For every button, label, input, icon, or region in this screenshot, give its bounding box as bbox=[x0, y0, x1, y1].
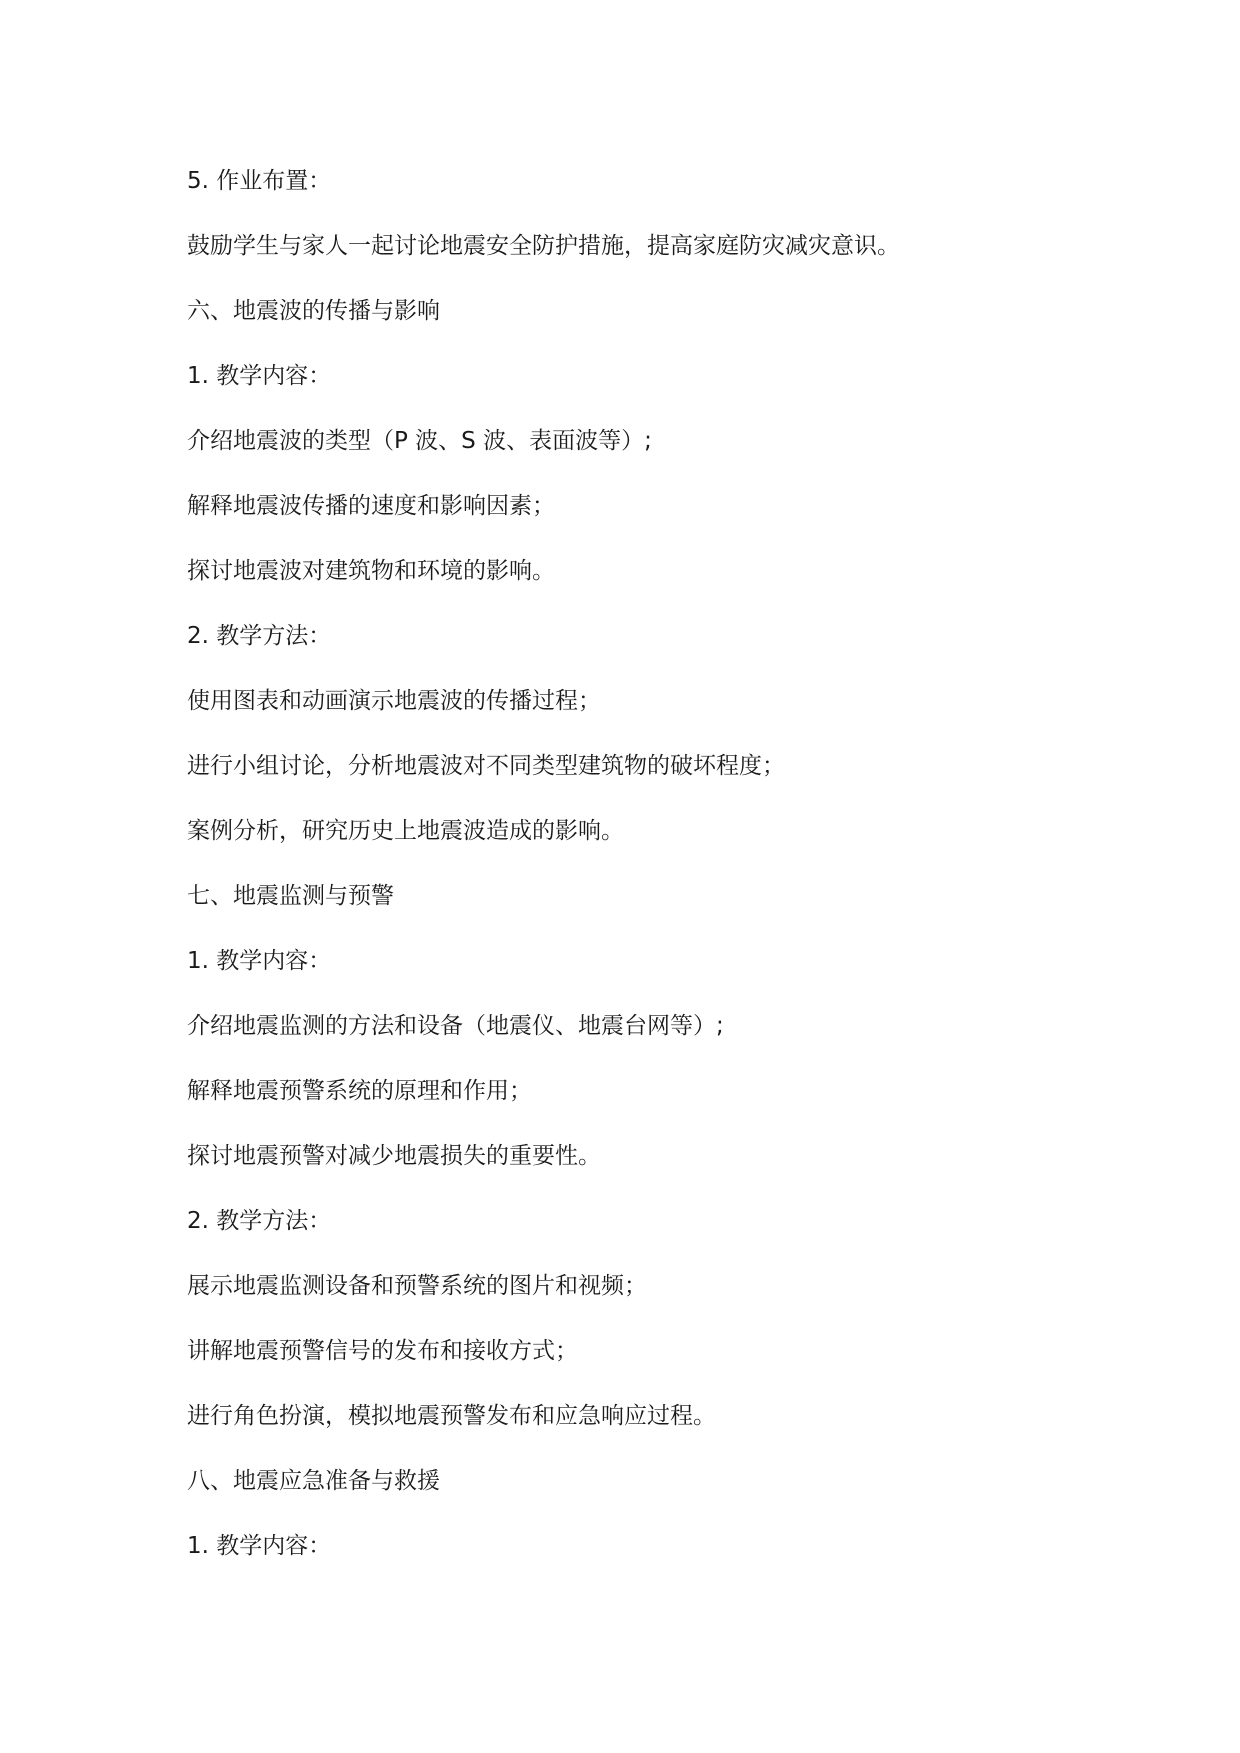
subheading-teaching-method: 2. 教学方法： bbox=[187, 621, 1067, 651]
paragraph: 进行角色扮演，模拟地震预警发布和应急响应过程。 bbox=[187, 1401, 1067, 1431]
paragraph: 讲解地震预警信号的发布和接收方式； bbox=[187, 1336, 1067, 1366]
paragraph: 解释地震波传播的速度和影响因素； bbox=[187, 491, 1067, 521]
paragraph: 介绍地震监测的方法和设备（地震仪、地震台网等）; bbox=[187, 1011, 1067, 1041]
paragraph: 展示地震监测设备和预警系统的图片和视频； bbox=[187, 1271, 1067, 1301]
paragraph: 介绍地震波的类型（P 波、S 波、表面波等）; bbox=[187, 426, 1067, 456]
paragraph: 使用图表和动画演示地震波的传播过程； bbox=[187, 686, 1067, 716]
subheading-teaching-content: 1. 教学内容： bbox=[187, 1531, 1067, 1561]
section-heading-monitoring-warning: 七、地震监测与预警 bbox=[187, 881, 1067, 911]
paragraph: 鼓励学生与家人一起讨论地震安全防护措施，提高家庭防灾减灾意识。 bbox=[187, 231, 1067, 261]
subheading-homework: 5. 作业布置： bbox=[187, 166, 1067, 196]
paragraph: 进行小组讨论，分析地震波对不同类型建筑物的破坏程度； bbox=[187, 751, 1067, 781]
paragraph: 探讨地震波对建筑物和环境的影响。 bbox=[187, 556, 1067, 586]
paragraph: 解释地震预警系统的原理和作用； bbox=[187, 1076, 1067, 1106]
subheading-teaching-content: 1. 教学内容： bbox=[187, 361, 1067, 391]
subheading-teaching-method: 2. 教学方法： bbox=[187, 1206, 1067, 1236]
section-heading-emergency-rescue: 八、地震应急准备与救援 bbox=[187, 1466, 1067, 1496]
section-heading-seismic-waves: 六、地震波的传播与影响 bbox=[187, 296, 1067, 326]
document-page: 5. 作业布置： 鼓励学生与家人一起讨论地震安全防护措施，提高家庭防灾减灾意识。… bbox=[187, 166, 1067, 1596]
paragraph: 探讨地震预警对减少地震损失的重要性。 bbox=[187, 1141, 1067, 1171]
paragraph: 案例分析，研究历史上地震波造成的影响。 bbox=[187, 816, 1067, 846]
subheading-teaching-content: 1. 教学内容： bbox=[187, 946, 1067, 976]
